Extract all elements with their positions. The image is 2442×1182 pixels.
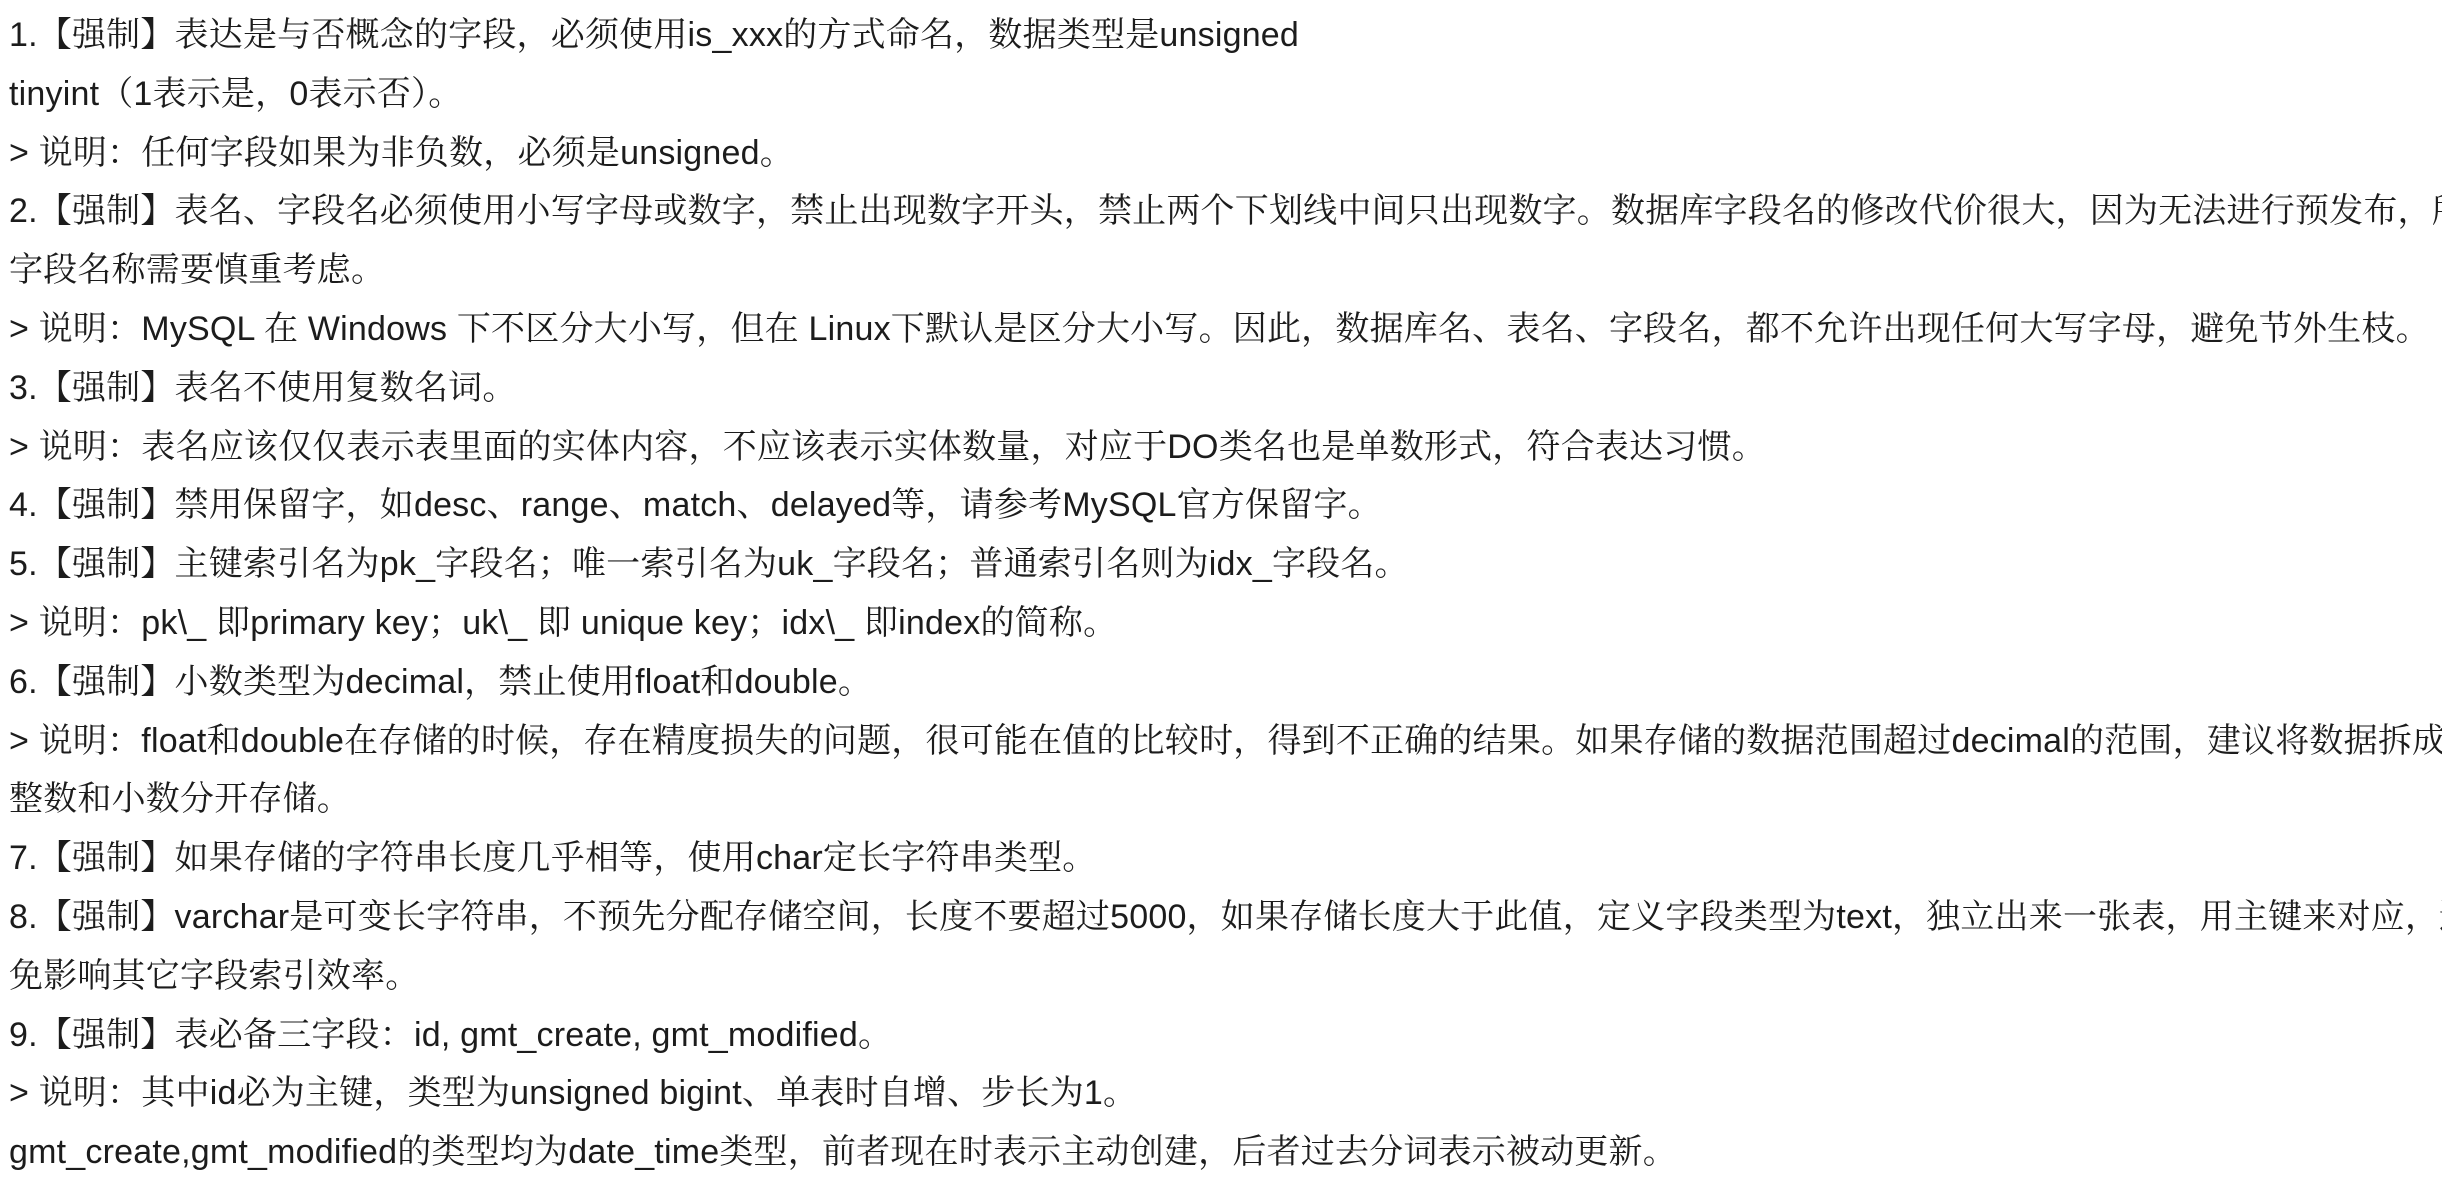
document-page: 1.【强制】表达是与否概念的字段，必须使用is_xxx的方式命名，数据类型是un… <box>0 0 2442 1182</box>
text-line: > 说明：表名应该仅仅表示表里面的实体内容，不应该表示实体数量，对应于DO类名也… <box>9 418 2442 477</box>
text-line: > 说明：其中id必为主键，类型为unsigned bigint、单表时自增、步… <box>9 1064 2442 1123</box>
text-line: 9.【强制】表必备三字段：id, gmt_create, gmt_modifie… <box>9 1006 2442 1065</box>
text-line: 4.【强制】禁用保留字，如desc、range、match、delayed等，请… <box>9 476 2442 535</box>
text-line: gmt_create,gmt_modified的类型均为date_time类型，… <box>9 1123 2442 1182</box>
document-body: 1.【强制】表达是与否概念的字段，必须使用is_xxx的方式命名，数据类型是un… <box>9 6 2442 1182</box>
text-line: 免影响其它字段索引效率。 <box>9 947 2442 1006</box>
text-line: 7.【强制】如果存储的字符串长度几乎相等，使用char定长字符串类型。 <box>9 829 2442 888</box>
text-line: 5.【强制】主键索引名为pk_字段名；唯一索引名为uk_字段名；普通索引名则为i… <box>9 535 2442 594</box>
text-line: > 说明：pk\_ 即primary key；uk\_ 即 unique key… <box>9 594 2442 653</box>
text-line: > 说明：MySQL 在 Windows 下不区分大小写，但在 Linux下默认… <box>9 300 2442 359</box>
text-line: > 说明：float和double在存储的时候，存在精度损失的问题，很可能在值的… <box>9 712 2442 771</box>
text-line: 6.【强制】小数类型为decimal，禁止使用float和double。 <box>9 653 2442 712</box>
text-line: tinyint（1表示是，0表示否）。 <box>9 65 2442 124</box>
text-line: > 说明：任何字段如果为非负数，必须是unsigned。 <box>9 124 2442 183</box>
text-line: 8.【强制】varchar是可变长字符串，不预先分配存储空间，长度不要超过500… <box>9 888 2442 947</box>
text-line: 字段名称需要慎重考虑。 <box>9 241 2442 300</box>
text-line: 1.【强制】表达是与否概念的字段，必须使用is_xxx的方式命名，数据类型是un… <box>9 6 2442 65</box>
text-line: 2.【强制】表名、字段名必须使用小写字母或数字，禁止出现数字开头，禁止两个下划线… <box>9 182 2442 241</box>
text-line: 3.【强制】表名不使用复数名词。 <box>9 359 2442 418</box>
text-line: 整数和小数分开存储。 <box>9 770 2442 829</box>
